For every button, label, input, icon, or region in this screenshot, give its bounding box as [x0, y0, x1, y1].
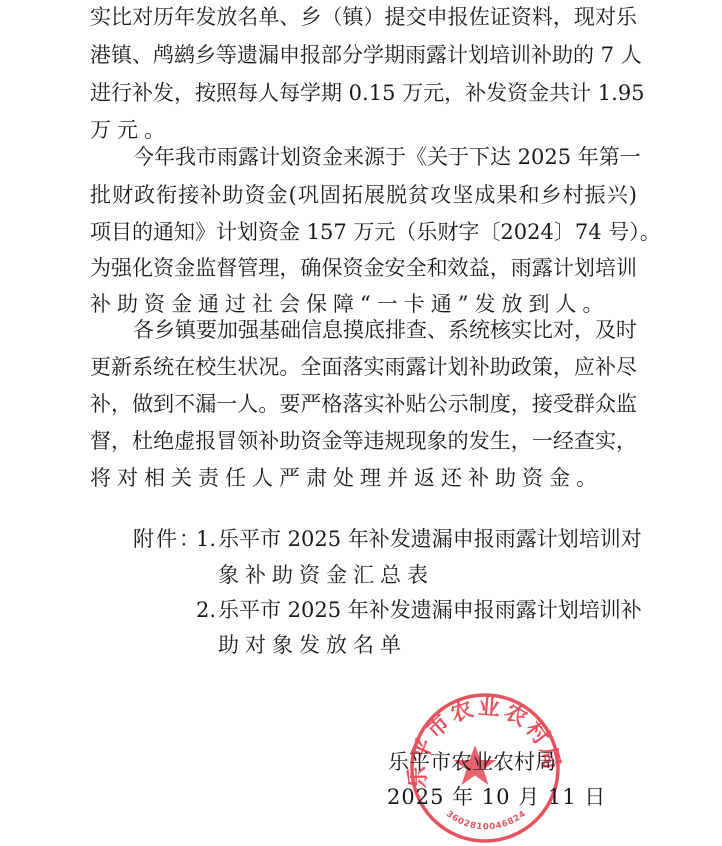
- attachment-number: 2.: [196, 596, 216, 624]
- attachment-title-line: 乐平市 2025 年补发遗漏申报雨露计划培训对: [218, 525, 637, 553]
- attachment-title-line: 乐平市 2025 年补发遗漏申报雨露计划培训补: [218, 596, 637, 624]
- text-line: 补助资金通过社会保障“一卡通”发放到人。: [90, 290, 637, 318]
- text-line: 各乡镇要加强基础信息摸底排查、系统核实比对，及时: [133, 316, 637, 344]
- text-line: 督，杜绝虚报冒领补助资金等违规现象的发生，一经查实，: [90, 427, 637, 455]
- text-line: 万元。: [90, 116, 637, 144]
- text-line: 为强化资金监督管理，确保资金安全和效益，雨露计划培训: [90, 254, 637, 282]
- text-line: 项目的通知》计划资金 157 万元（乐财字〔2024〕74 号）。: [90, 218, 637, 246]
- seal-code-text: 3602810046824: [444, 809, 528, 832]
- text-line: 更新系统在校生状况。全面落实雨露计划补助政策，应补尽: [90, 353, 637, 381]
- issue-date: 2025 年 10 月 11 日: [387, 783, 557, 811]
- text-line: 进行补发，按照每人每学期 0.15 万元，补发资金共计 1.95: [90, 79, 637, 107]
- text-line: 将对相关责任人严肃处理并返还补助资金。: [90, 464, 637, 492]
- attachment-number: 1.: [196, 525, 216, 553]
- svg-text:3602810046824: 3602810046824: [444, 809, 528, 832]
- document-page: 实比对历年发放名单、乡（镇）提交申报佐证资料，现对乐 港镇、鸬鹚乡等遗漏申报部分…: [0, 0, 722, 846]
- text-line: 补，做到不漏一人。要严格落实补贴公示制度，接受群众监: [90, 390, 637, 418]
- issuing-organization: 乐平市农业农村局: [388, 748, 554, 776]
- attachment-title-line: 象补助资金汇总表: [218, 561, 637, 589]
- text-line: 批财政衔接补助资金(巩固拓展脱贫攻坚成果和乡村振兴): [90, 181, 637, 209]
- text-line: 港镇、鸬鹚乡等遗漏申报部分学期雨露计划培训补助的 7 人: [90, 41, 637, 69]
- attachment-title-line: 助对象发放名单: [218, 631, 637, 659]
- attachments-label: 附件：: [133, 525, 202, 553]
- text-line: 今年我市雨露计划资金来源于《关于下达 2025 年第一: [133, 143, 637, 171]
- text-line: 实比对历年发放名单、乡（镇）提交申报佐证资料，现对乐: [90, 3, 637, 31]
